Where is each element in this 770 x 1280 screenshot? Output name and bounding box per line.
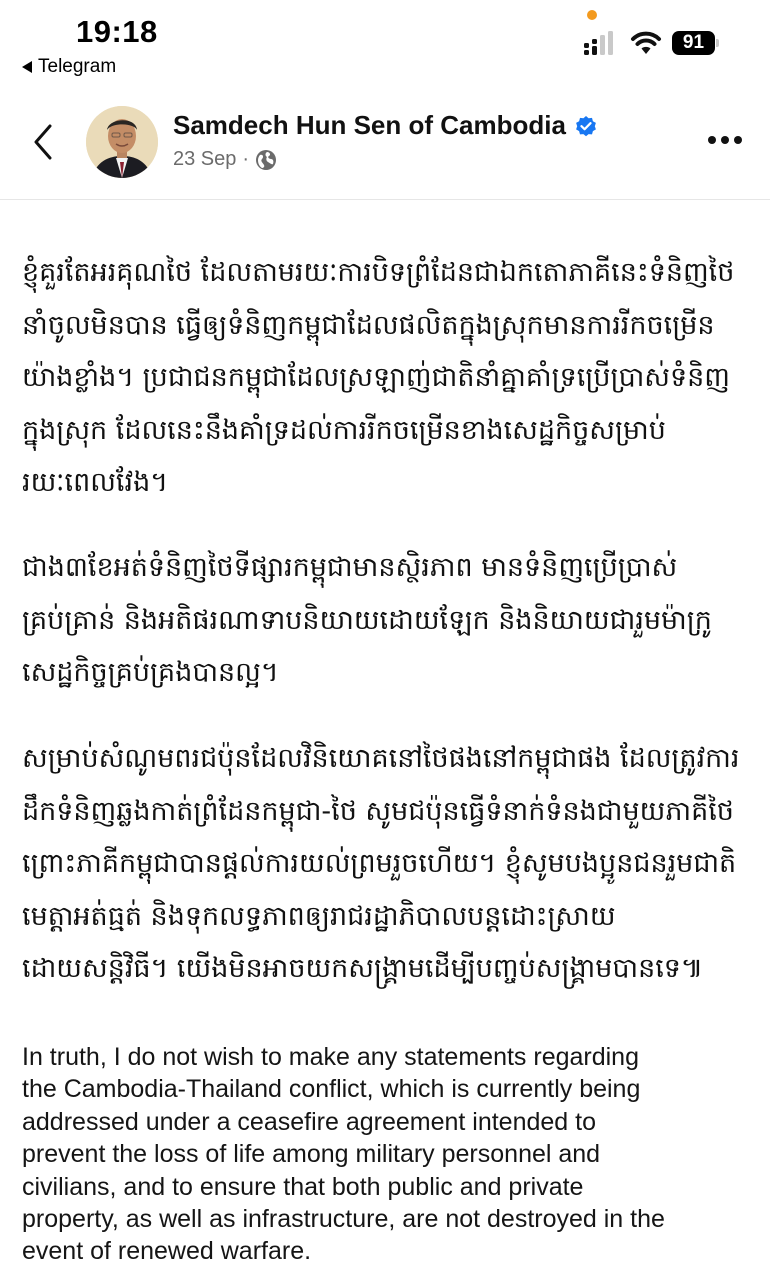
text-line: the Cambodia-Thailand conflict, which is… bbox=[22, 1073, 752, 1105]
globe-icon bbox=[255, 149, 277, 171]
verified-badge-icon bbox=[574, 114, 598, 138]
text-line: យ៉ាងខ្លាំង។ ប្រជាជនកម្ពុជាដែលស្រឡាញ់ជាតិ… bbox=[22, 352, 752, 405]
text-line: មេត្តាអត់ធ្មត់ និងទុកលទ្ធភាពឲ្យរាជរដ្ឋាភ… bbox=[22, 891, 752, 944]
back-app-label: Telegram bbox=[38, 56, 116, 78]
wifi-icon bbox=[630, 30, 662, 56]
text-line: គ្រប់គ្រាន់ និងអតិផរណាទាបនិយាយដោយឡែក និង… bbox=[22, 595, 752, 648]
text-line: នាំចូលមិនបាន ធ្វើឲ្យទំនិញកម្ពុជាដែលផលិតក… bbox=[22, 300, 752, 353]
more-dot-icon bbox=[721, 136, 729, 144]
text-line: addressed under a ceasefire agreement in… bbox=[22, 1106, 752, 1138]
back-triangle-icon bbox=[22, 61, 32, 73]
post-date[interactable]: 23 Sep bbox=[173, 148, 236, 171]
meta-separator: · bbox=[242, 148, 249, 171]
status-time: 19:18 bbox=[76, 14, 158, 50]
text-line: event of renewed warfare. bbox=[22, 1235, 752, 1267]
text-line: ខ្ញុំគួរតែអរគុណថៃ ដែលតាមរយៈការបិទព្រំដែន… bbox=[22, 247, 752, 300]
text-line: សេដ្ឋកិច្ចគ្រប់គ្រងបានល្អ។ bbox=[22, 647, 752, 700]
khmer-paragraph-3: សម្រាប់សំណូមពរជប៉ុនដែលវិនិយោគនៅថៃផងនៅកម្… bbox=[22, 733, 752, 996]
battery-nub bbox=[716, 39, 719, 47]
text-line: property, as well as infrastructure, are… bbox=[22, 1203, 752, 1235]
back-chevron-icon[interactable] bbox=[30, 120, 56, 164]
avatar-portrait-icon bbox=[86, 106, 158, 178]
avatar[interactable] bbox=[86, 106, 158, 178]
post-meta: 23 Sep · bbox=[173, 148, 277, 171]
text-line: សម្រាប់សំណូមពរជប៉ុនដែលវិនិយោគនៅថៃផងនៅកម្… bbox=[22, 733, 752, 786]
text-line: រយៈពេលវែង។ bbox=[22, 457, 752, 510]
khmer-paragraph-2: ជាង៣ខែអត់ទំនិញថៃទីផ្សារកម្ពុជាមានស្ថិរភា… bbox=[22, 542, 752, 700]
more-options-button[interactable] bbox=[708, 136, 746, 150]
author-name-link[interactable]: Samdech Hun Sen of Cambodia bbox=[173, 110, 598, 141]
khmer-paragraph-1: ខ្ញុំគួរតែអរគុណថៃ ដែលតាមរយៈការបិទព្រំដែន… bbox=[22, 247, 752, 510]
text-line: ដឹកទំនិញឆ្លងកាត់ព្រំដែនកម្ពុជា-ថៃ សូមជប៉… bbox=[22, 786, 752, 839]
more-dot-icon bbox=[708, 136, 716, 144]
more-dot-icon bbox=[734, 136, 742, 144]
author-name: Samdech Hun Sen of Cambodia bbox=[173, 110, 566, 141]
text-line: ព្រោះភាគីកម្ពុជាបានផ្តល់ការយល់ព្រមរួចហើយ… bbox=[22, 838, 752, 891]
back-to-telegram-link[interactable]: Telegram bbox=[22, 56, 116, 78]
text-line: prevent the loss of life among military … bbox=[22, 1138, 752, 1170]
text-line: ដោយសន្តិវិធី។ យើងមិនអាចយកសង្គ្រាមដើម្បីប… bbox=[22, 943, 752, 996]
signal-icon bbox=[583, 31, 619, 55]
text-line: civilians, and to ensure that both publi… bbox=[22, 1171, 752, 1203]
post-header: Samdech Hun Sen of Cambodia 23 Sep · bbox=[0, 90, 770, 200]
status-bar: 19:18 Telegram 91 bbox=[0, 0, 770, 90]
text-line: ជាង៣ខែអត់ទំនិញថៃទីផ្សារកម្ពុជាមានស្ថិរភា… bbox=[22, 542, 752, 595]
battery-level: 91 bbox=[672, 31, 715, 55]
text-line: In truth, I do not wish to make any stat… bbox=[22, 1041, 752, 1073]
recording-indicator-icon bbox=[587, 10, 597, 20]
english-paragraph: In truth, I do not wish to make any stat… bbox=[22, 1041, 752, 1268]
text-line: ក្នុងស្រុក ដែលនេះនឹងគាំទ្រដល់ការរីកចម្រើ… bbox=[22, 405, 752, 458]
battery-icon: 91 bbox=[672, 31, 720, 55]
